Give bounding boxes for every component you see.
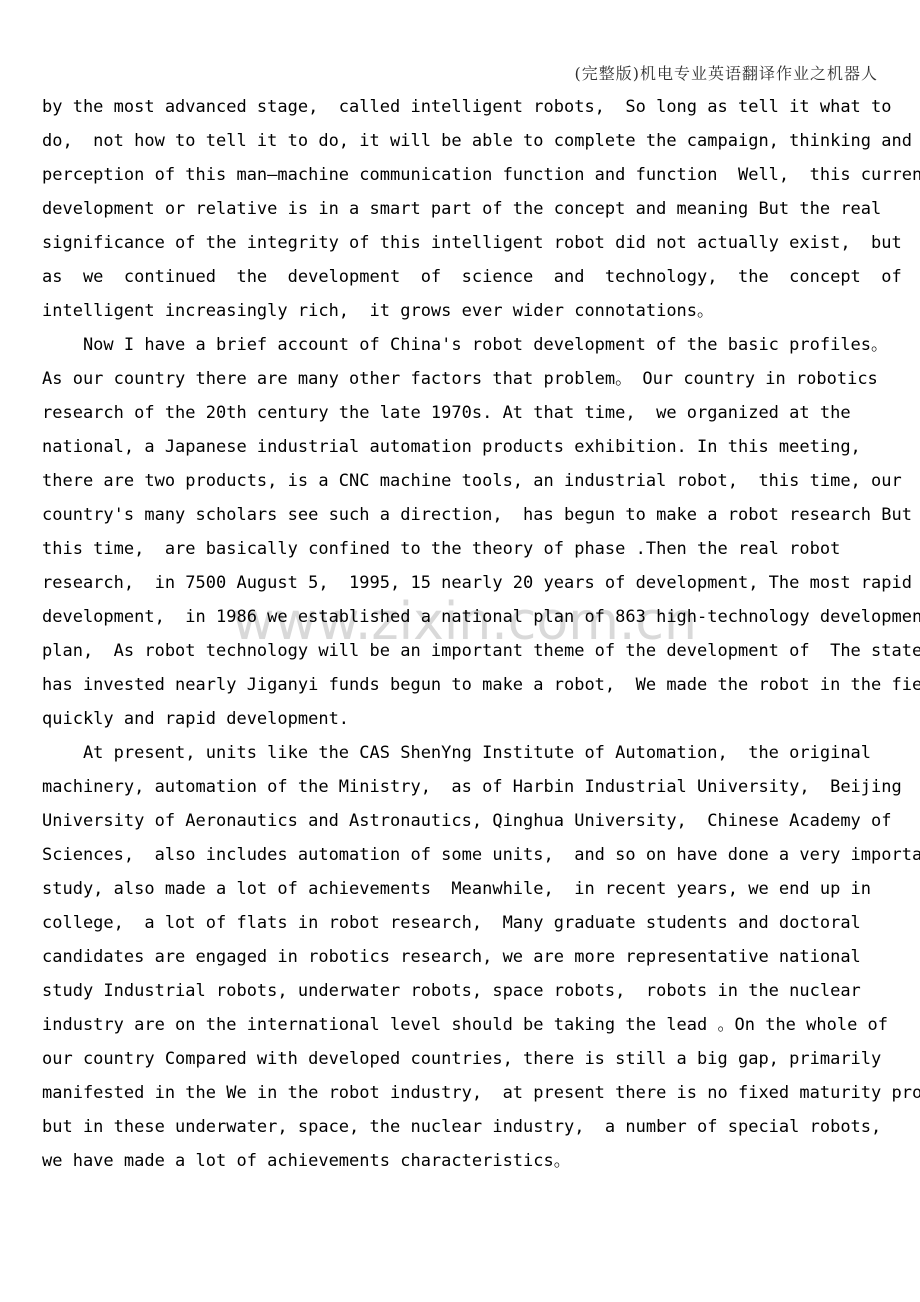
text-line: by the most advanced stage, called intel… — [42, 90, 920, 124]
text-line: we have made a lot of achievements chara… — [42, 1144, 920, 1178]
text-line: University of Aeronautics and Astronauti… — [42, 804, 920, 838]
text-line: candidates are engaged in robotics resea… — [42, 940, 920, 974]
text-line: Now I have a brief account of China's ro… — [42, 328, 920, 362]
text-line: quickly and rapid development. — [42, 702, 920, 736]
text-line: research of the 20th century the late 19… — [42, 396, 920, 430]
text-line: our country Compared with developed coun… — [42, 1042, 920, 1076]
text-line: has invested nearly Jiganyi funds begun … — [42, 668, 920, 702]
text-line: development or relative is in a smart pa… — [42, 192, 920, 226]
page-header-title: (完整版)机电专业英语翻译作业之机器人 — [0, 61, 878, 84]
text-line: development, in 1986 we established a na… — [42, 600, 920, 634]
text-line: plan, As robot technology will be an imp… — [42, 634, 920, 668]
text-line: national, a Japanese industrial automati… — [42, 430, 920, 464]
text-line: this time, are basically confined to the… — [42, 532, 920, 566]
text-line: as we continued the development of scien… — [42, 260, 920, 294]
document-body: by the most advanced stage, called intel… — [42, 90, 920, 1178]
text-line: research, in 7500 August 5, 1995, 15 nea… — [42, 566, 920, 600]
text-line: As our country there are many other fact… — [42, 362, 920, 396]
text-line: college, a lot of flats in robot researc… — [42, 906, 920, 940]
text-line: machinery, automation of the Ministry, a… — [42, 770, 920, 804]
text-line: intelligent increasingly rich, it grows … — [42, 294, 920, 328]
document-page: (完整版)机电专业英语翻译作业之机器人 www.zixin.com.cn by … — [0, 0, 920, 1302]
text-line: country's many scholars see such a direc… — [42, 498, 920, 532]
text-line: there are two products, is a CNC machine… — [42, 464, 920, 498]
text-line: manifested in the We in the robot indust… — [42, 1076, 920, 1110]
text-line: study Industrial robots, underwater robo… — [42, 974, 920, 1008]
text-line: significance of the integrity of this in… — [42, 226, 920, 260]
text-line: perception of this man—machine communica… — [42, 158, 920, 192]
text-line: industry are on the international level … — [42, 1008, 920, 1042]
text-line: study, also made a lot of achievements M… — [42, 872, 920, 906]
text-line: but in these underwater, space, the nucl… — [42, 1110, 920, 1144]
text-line: Sciences, also includes automation of so… — [42, 838, 920, 872]
text-line: do, not how to tell it to do, it will be… — [42, 124, 920, 158]
text-line: At present, units like the CAS ShenYng I… — [42, 736, 920, 770]
